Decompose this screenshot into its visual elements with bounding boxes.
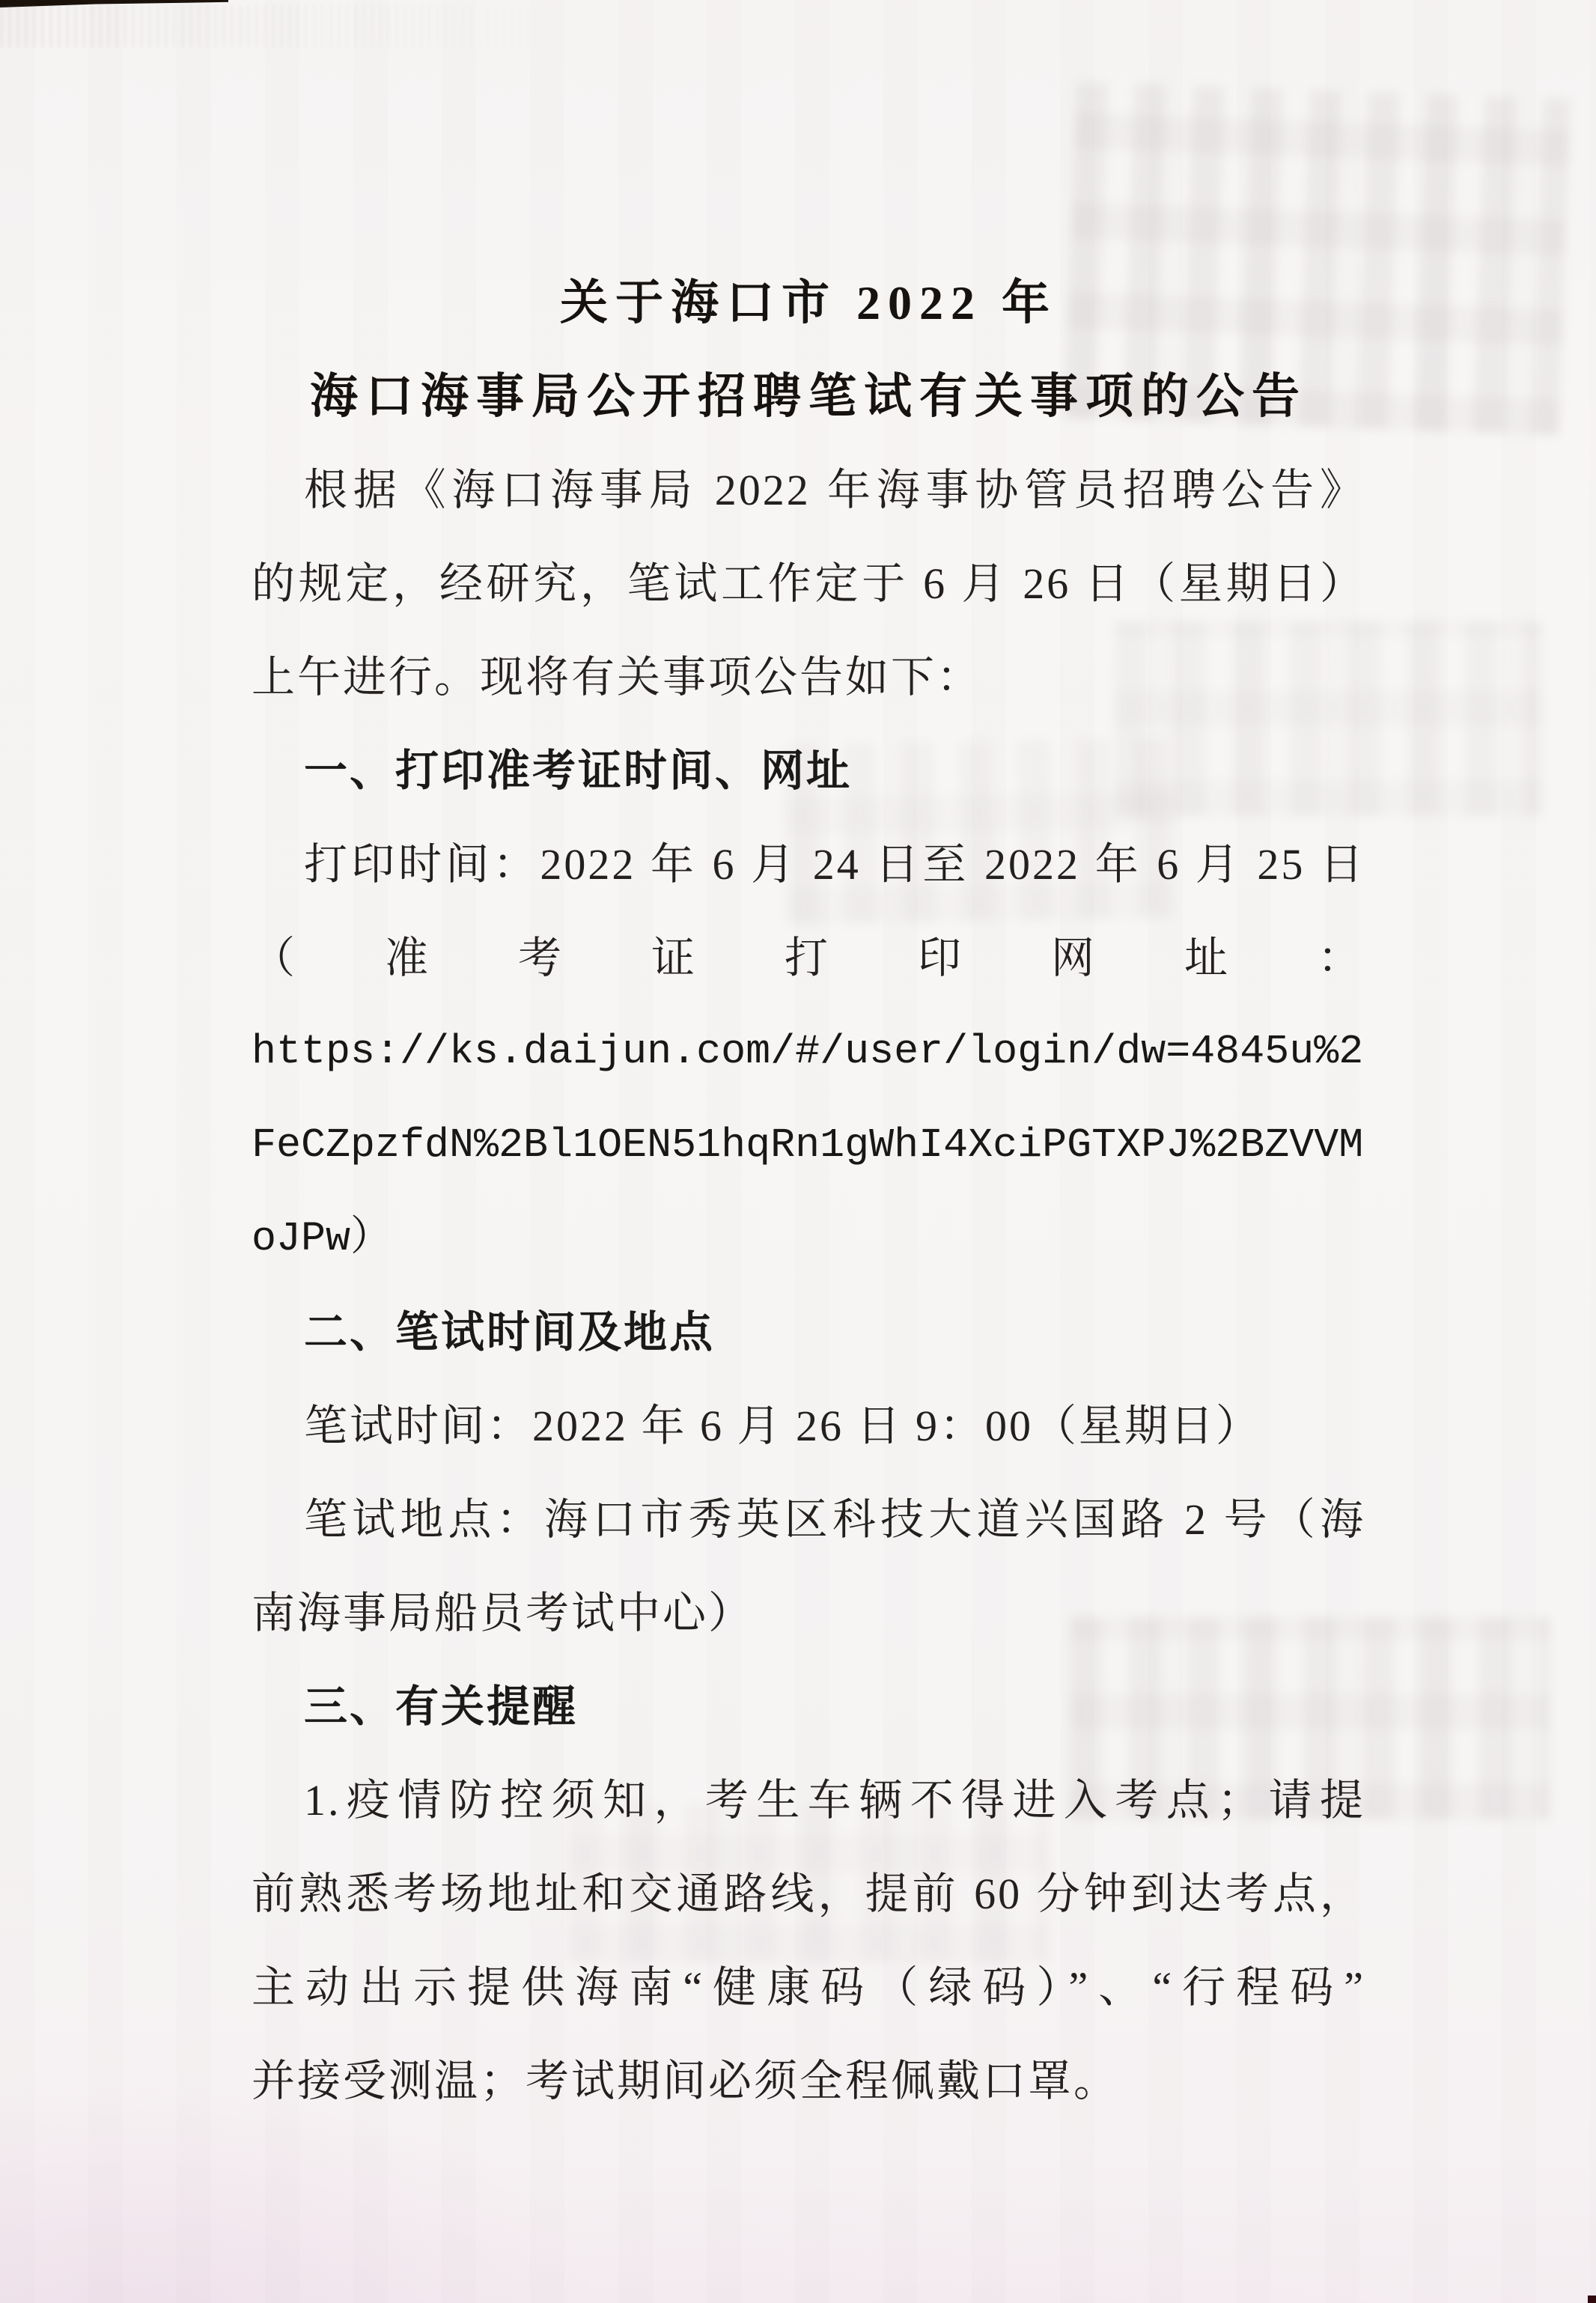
intro-paragraph-line-3: 上午进行。现将有关事项公告如下： xyxy=(252,630,1365,724)
admission-ticket-url-line-2: FeCZpzfdN%2Bl1OEN51hqRn1gWhI4XciPGTXPJ%2… xyxy=(252,1098,1365,1192)
section-2-heading: 二、笔试时间及地点 xyxy=(252,1286,1365,1379)
announcement-document: 关于海口市 2022 年 海口海事局公开招聘笔试有关事项的公告 根据《海口海事局… xyxy=(252,256,1365,2128)
print-time-line: 打印时间：2022 年 6 月 24 日至 2022 年 6 月 25 日 xyxy=(252,818,1365,911)
scanned-announcement-page: 关于海口市 2022 年 海口海事局公开招聘笔试有关事项的公告 根据《海口海事局… xyxy=(0,0,1596,2303)
section-1-heading: 一、打印准考证时间、网址 xyxy=(252,724,1365,818)
intro-paragraph-line-2: 的规定，经研究，笔试工作定于 6 月 26 日（星期日） xyxy=(252,537,1365,630)
section-3-heading: 三、有关提醒 xyxy=(252,1660,1365,1753)
scan-corner-speck-artifact xyxy=(1588,2296,1596,2303)
reminder-line-3: 主动出示提供海南“健康码（绿码）”、“行程码” xyxy=(252,1941,1365,2034)
reminder-line-4: 并接受测温；考试期间必须全程佩戴口罩。 xyxy=(252,2034,1365,2128)
document-title-line-2: 海口海事局公开招聘笔试有关事项的公告 xyxy=(252,350,1365,443)
admission-ticket-url-line-1: https://ks.daijun.com/#/user/login/dw=48… xyxy=(252,1005,1365,1098)
scan-streak-artifact xyxy=(0,4,614,48)
exam-time-line: 笔试时间：2022 年 6 月 26 日 9：00（星期日） xyxy=(252,1379,1365,1473)
document-title-line-1: 关于海口市 2022 年 xyxy=(252,256,1365,350)
reminder-line-1: 1.疫情防控须知，考生车辆不得进入考点；请提 xyxy=(252,1753,1365,1847)
reminder-line-2: 前熟悉考场地址和交通路线，提前 60 分钟到达考点， xyxy=(252,1847,1365,1941)
url-intro-line: （准考证打印网址： xyxy=(252,911,1365,1005)
exam-place-line-2: 南海事局船员考试中心） xyxy=(252,1566,1365,1660)
intro-paragraph-line-1: 根据《海口海事局 2022 年海事协管员招聘公告》 xyxy=(252,443,1365,537)
admission-ticket-url-line-3: oJPw） xyxy=(252,1192,1365,1286)
exam-place-line-1: 笔试地点：海口市秀英区科技大道兴国路 2 号（海 xyxy=(252,1473,1365,1566)
